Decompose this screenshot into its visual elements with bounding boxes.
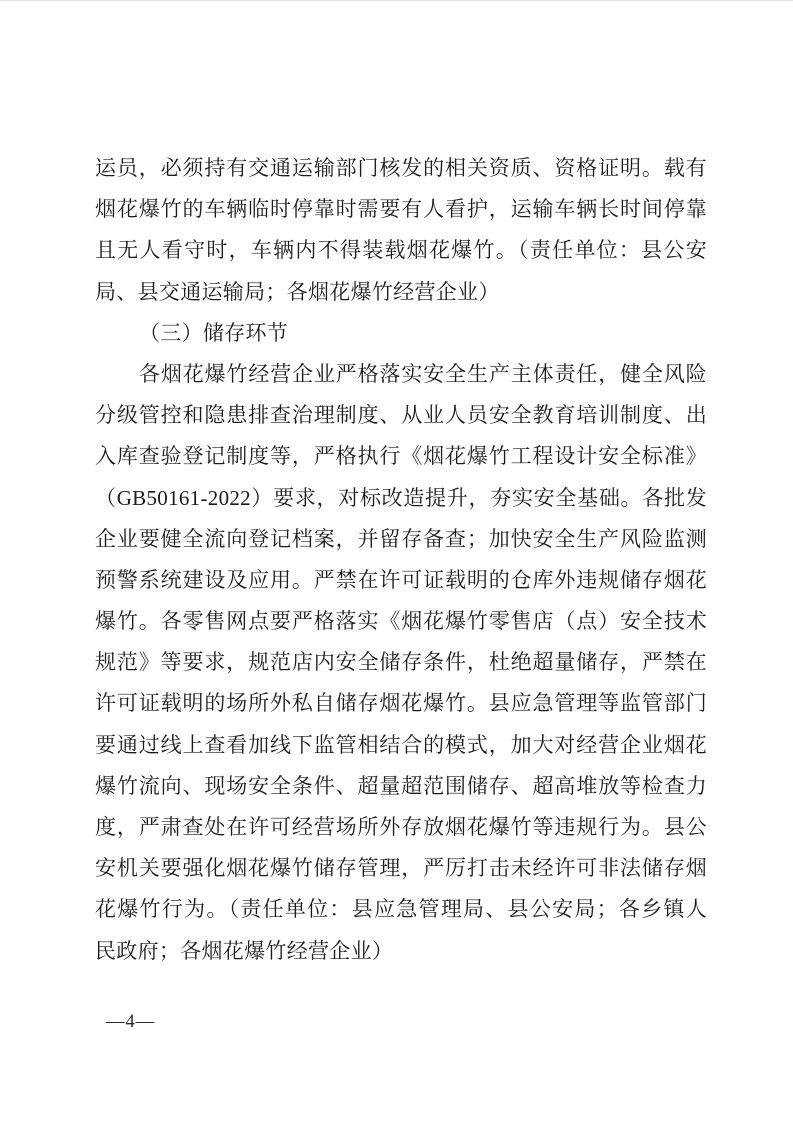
document-body: 运员，必须持有交通运输部门核发的相关资质、资格证明。载有 烟花爆竹的车辆临时停靠…	[95, 148, 707, 972]
body-line: 民政府；各烟花爆竹经营企业）	[95, 931, 707, 972]
body-line: 规范》等要求，规范店内安全储存条件，杜绝超量储存，严禁在	[95, 642, 707, 683]
body-line: 要通过线上查看加线下监管相结合的模式，加大对经营企业烟花	[95, 725, 707, 766]
page-number: —4—	[106, 1008, 155, 1036]
body-line: 度，严肃查处在许可经营场所外存放烟花爆竹等违规行为。县公	[95, 807, 707, 848]
body-line: 花爆竹行为。（责任单位：县应急管理局、县公安局；各乡镇人	[95, 889, 707, 930]
body-line: 安机关要强化烟花爆竹储存管理，严厉打击未经许可非法储存烟	[95, 848, 707, 889]
body-line: 局、县交通运输局；各烟花爆竹经营企业）	[95, 272, 707, 313]
body-line: 烟花爆竹的车辆临时停靠时需要有人看护，运输车辆长时间停靠	[95, 189, 707, 230]
body-line: 许可证载明的场所外私自储存烟花爆竹。县应急管理等监管部门	[95, 683, 707, 724]
body-line: 且无人看守时，车辆内不得装载烟花爆竹。（责任单位：县公安	[95, 230, 707, 271]
body-line: 爆竹流向、现场安全条件、超量超范围储存、超高堆放等检查力	[95, 766, 707, 807]
body-line: 运员，必须持有交通运输部门核发的相关资质、资格证明。载有	[95, 148, 707, 189]
body-line: 各烟花爆竹经营企业严格落实安全生产主体责任，健全风险	[95, 354, 707, 395]
body-line: 企业要健全流向登记档案，并留存备查；加快安全生产风险监测	[95, 519, 707, 560]
document-page: 运员，必须持有交通运输部门核发的相关资质、资格证明。载有 烟花爆竹的车辆临时停靠…	[0, 0, 793, 1122]
body-line: 入库查验登记制度等，严格执行《烟花爆竹工程设计安全标准》	[95, 436, 707, 477]
body-line: 分级管控和隐患排查治理制度、从业人员安全教育培训制度、出	[95, 395, 707, 436]
scan-edge-line	[0, 0, 793, 1]
body-line: （GB50161-2022）要求，对标改造提升，夯实安全基础。各批发	[95, 478, 707, 519]
body-line: 预警系统建设及应用。严禁在许可证载明的仓库外违规储存烟花	[95, 560, 707, 601]
body-line: 爆竹。各零售网点要严格落实《烟花爆竹零售店（点）安全技术	[95, 601, 707, 642]
section-heading: （三）储存环节	[95, 313, 707, 354]
